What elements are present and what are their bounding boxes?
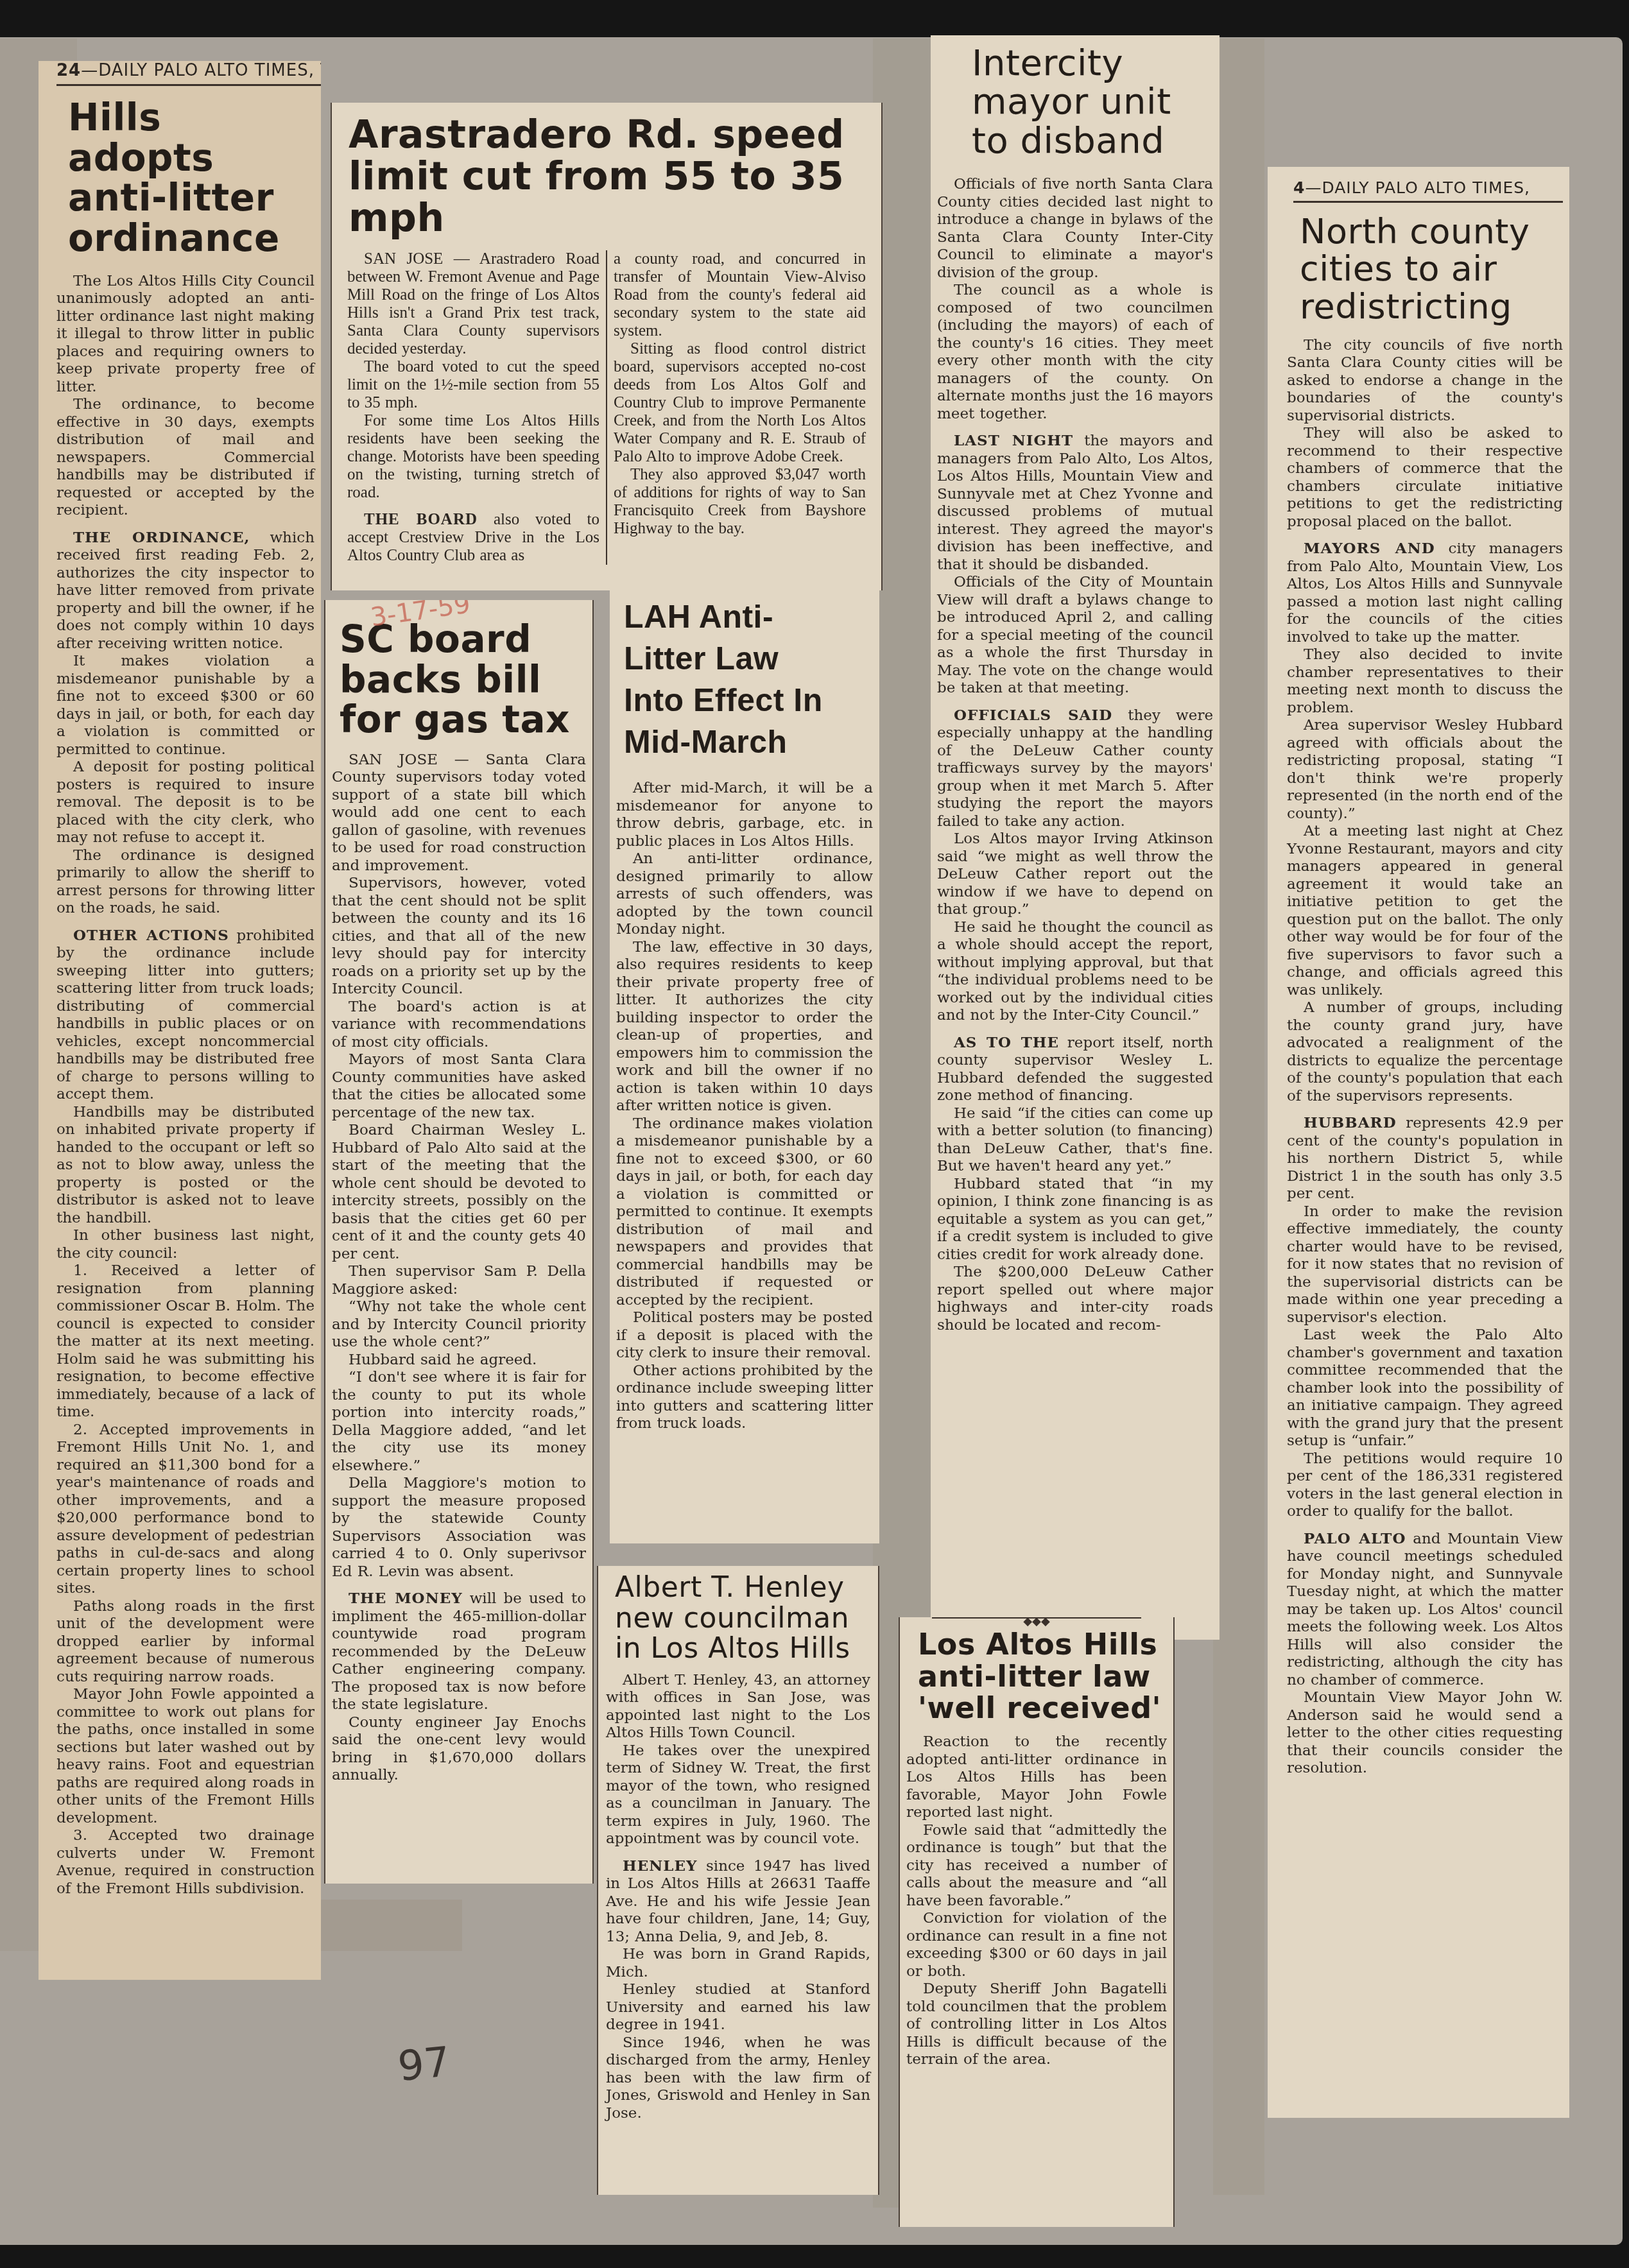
paragraph: THE BOARD also voted to accept Crestview… <box>347 511 599 565</box>
paragraph: For some time Los Altos Hills residents … <box>347 412 599 502</box>
paragraph: After mid-March, it will be a misdemeano… <box>616 780 873 850</box>
paragraph: HENLEY since 1947 has lived in Los Altos… <box>606 1857 870 1946</box>
paragraph: LAST NIGHT the mayors and managers from … <box>937 432 1213 574</box>
article-arastradero: Arastradero Rd. speed limit cut from 55 … <box>331 103 883 590</box>
paragraph-text: 2. Accepted improvements in Fremont Hill… <box>56 1422 315 1597</box>
paragraph: Hubbard stated that “in my opinion, I th… <box>937 1176 1213 1264</box>
page-number: 24 <box>56 61 81 80</box>
paragraph: Henley studied at Stanford University an… <box>606 1981 870 2034</box>
paragraph-lead: HUBBARD <box>1304 1114 1397 1131</box>
paragraph: A deposit for posting political posters … <box>56 759 315 847</box>
paragraph: The ordinance makes violation a misdemea… <box>616 1115 873 1310</box>
paragraph-text: He said “if the cities can come up with … <box>937 1105 1213 1175</box>
paragraph-lead: LAST NIGHT <box>954 432 1073 449</box>
paragraph-lead: HENLEY <box>623 1857 697 1875</box>
paragraph-text: Fowle said that “admittedly the ordinanc… <box>906 1822 1167 1909</box>
paragraph: Officials of the City of Mountain View w… <box>937 574 1213 698</box>
paragraph: Della Maggiore's motion to support the m… <box>332 1475 586 1581</box>
paragraph: The ordinance, to become effective in 30… <box>56 396 315 520</box>
paragraph-text: Deputy Sheriff John Bagatelli told counc… <box>906 1980 1167 2068</box>
paragraph-lead: AS TO THE <box>954 1034 1059 1051</box>
masthead-text: DAILY PALO ALTO TIMES, <box>1322 178 1530 197</box>
paragraph: He said he thought the council as a whol… <box>937 919 1213 1025</box>
paragraph-lead: THE BOARD <box>364 511 478 528</box>
paragraph-text: Supervisors, however, voted that the cen… <box>332 875 586 997</box>
paragraph: OTHER ACTIONS prohibited by the ordinanc… <box>56 927 315 1104</box>
paragraph-text: Mountain View Mayor John W. Anderson sai… <box>1287 1689 1563 1776</box>
paragraph-text: a county road, and concurred in transfer… <box>614 250 866 339</box>
article-columns: SAN JOSE — Arastradero Road between W. F… <box>341 250 872 565</box>
paragraph-text: Since 1946, when he was discharged from … <box>606 2034 870 2122</box>
paragraph-lead: THE MONEY <box>349 1590 463 1607</box>
paragraph-lead: OFFICIALS SAID <box>954 707 1112 724</box>
headline: LAH Anti-Litter Law Into Effect In Mid-M… <box>624 596 836 763</box>
paragraph: Since 1946, when he was discharged from … <box>606 2034 870 2123</box>
article-body: Officials of five north Santa Clara Coun… <box>937 176 1213 1334</box>
paragraph: Fowle said that “admittedly the ordinanc… <box>906 1822 1167 1911</box>
paragraph-text: An anti-litter ordinance, designed prima… <box>616 850 873 938</box>
article-henley: Albert T. Henley new councilman in Los A… <box>597 1566 879 2195</box>
headline: Albert T. Henley new councilman in Los A… <box>615 1572 878 1664</box>
paragraph-text: Los Altos mayor Irving Atkinson said “we… <box>937 830 1213 918</box>
paragraph: Board Chairman Wesley L. Hubbard of Palo… <box>332 1122 586 1263</box>
paragraph-text: Then supervisor Sam P. Della Maggiore as… <box>332 1263 586 1298</box>
column-1: SAN JOSE — Arastradero Road between W. F… <box>341 250 606 565</box>
paragraph: THE ORDINANCE, which received first read… <box>56 529 315 653</box>
paragraph: MAYORS AND city managers from Palo Alto,… <box>1287 540 1563 646</box>
paragraph: The petitions would require 10 per cent … <box>1287 1450 1563 1521</box>
paragraph: Area supervisor Wesley Hubbard agreed wi… <box>1287 717 1563 823</box>
paragraph: Mountain View Mayor John W. Anderson sai… <box>1287 1689 1563 1778</box>
paragraph: THE MONEY will be used to impliment the … <box>332 1590 586 1714</box>
paragraph-text: Paths along roads in the first unit of t… <box>56 1598 315 1685</box>
paragraph-text: Officials of five north Santa Clara Coun… <box>937 176 1213 281</box>
paragraph: a county road, and concurred in transfer… <box>614 250 866 340</box>
paragraph: The law, effective in 30 days, also requ… <box>616 939 873 1115</box>
paragraph-text: In other business last night, the city c… <box>56 1227 315 1262</box>
paragraph-text: SAN JOSE — Santa Clara County supervisor… <box>332 752 586 874</box>
paragraph-text: prohibited by the ordinance include swee… <box>56 927 315 1103</box>
paragraph: PALO ALTO and Mountain View have council… <box>1287 1530 1563 1690</box>
paragraph: Other actions prohibited by the ordinanc… <box>616 1362 873 1433</box>
paragraph: In other business last night, the city c… <box>56 1227 315 1262</box>
article-body: Albert T. Henley, 43, an attorney with o… <box>606 1672 870 2123</box>
paragraph: At a meeting last night at Chez Yvonne R… <box>1287 823 1563 999</box>
article-lah-well-received: ◆◆◆ Los Altos Hills anti-litter law 'wel… <box>899 1617 1175 2227</box>
paragraph: Supervisors, however, voted that the cen… <box>332 875 586 999</box>
paragraph: Last week the Palo Alto chamber's govern… <box>1287 1327 1563 1450</box>
paragraph-text: The city councils of five north Santa Cl… <box>1287 337 1563 424</box>
paragraph-text: The ordinance, to become effective in 30… <box>56 396 315 519</box>
page-number: 4 <box>1293 178 1305 197</box>
paragraph: In order to make the revision effective … <box>1287 1203 1563 1327</box>
paragraph-text: In order to make the revision effective … <box>1287 1203 1563 1326</box>
paragraph-text: Last week the Palo Alto chamber's govern… <box>1287 1327 1563 1449</box>
paragraph-text: The Los Altos Hills City Council unanimo… <box>56 273 315 395</box>
paragraph: OFFICIALS SAID they were especially unha… <box>937 707 1213 831</box>
paragraph-text: “I don't see where it is fair for the co… <box>332 1369 586 1474</box>
paragraph: He was born in Grand Rapids, Mich. <box>606 1946 870 1981</box>
paragraph: 3. Accepted two drainage culverts under … <box>56 1827 315 1898</box>
paragraph-text: The board's action is at variance with r… <box>332 999 586 1051</box>
headline: Los Altos Hills anti-litter law 'well re… <box>918 1629 1162 1724</box>
paragraph: Paths along roads in the first unit of t… <box>56 1598 315 1687</box>
paragraph: An anti-litter ordinance, designed prima… <box>616 850 873 939</box>
paragraph-text: Albert T. Henley, 43, an attorney with o… <box>606 1672 870 1742</box>
paragraph-text: 1. Received a letter of resignation from… <box>56 1262 315 1420</box>
paragraph-text: The petitions would require 10 per cent … <box>1287 1450 1563 1520</box>
paragraph: HUBBARD represents 42.9 per cent of the … <box>1287 1114 1563 1203</box>
paragraph: 1. Received a letter of resignation from… <box>56 1262 315 1422</box>
paragraph-text: Della Maggiore's motion to support the m… <box>332 1475 586 1580</box>
tape-strip <box>321 1900 462 1951</box>
paragraph-text: the mayors and managers from Palo Alto, … <box>937 433 1213 573</box>
paragraph-text: He said he thought the council as a whol… <box>937 919 1213 1024</box>
paragraph: The council as a whole is composed of tw… <box>937 282 1213 423</box>
tape-strip <box>1213 39 1264 2195</box>
paragraph: County engineer Jay Enochs said the one-… <box>332 1714 586 1785</box>
paragraph-text: Area supervisor Wesley Hubbard agreed wi… <box>1287 717 1563 822</box>
paragraph-text: It makes violation a misdemeanor punisha… <box>56 653 315 758</box>
paragraph: Reaction to the recently adopted anti-li… <box>906 1733 1167 1822</box>
paragraph-text: A deposit for posting political posters … <box>56 759 315 846</box>
paragraph-lead: OTHER ACTIONS <box>73 927 229 944</box>
paragraph: It makes violation a misdemeanor punisha… <box>56 653 315 759</box>
paragraph-text: He was born in Grand Rapids, Mich. <box>606 1946 870 1980</box>
paragraph-text: They also decided to invite chamber repr… <box>1287 646 1563 716</box>
paragraph-text: Board Chairman Wesley L. Hubbard of Palo… <box>332 1122 586 1262</box>
paragraph: SAN JOSE — Santa Clara County supervisor… <box>332 752 586 875</box>
article-hills-adopts: 24—DAILY PALO ALTO TIMES, TUESDAY, FEB. … <box>39 61 321 1980</box>
paragraph: Conviction for violation of the ordinanc… <box>906 1910 1167 1980</box>
paragraph: The Los Altos Hills City Council unanimo… <box>56 273 315 397</box>
paragraph-text: they were especially unhappy at the hand… <box>937 707 1213 830</box>
paragraph: A number of groups, including the county… <box>1287 999 1563 1105</box>
paragraph-text: They will also be asked to recommend to … <box>1287 425 1563 530</box>
paragraph-text: Sitting as flood control district board,… <box>614 340 866 465</box>
masthead: 24—DAILY PALO ALTO TIMES, TUESDAY, FEB. … <box>56 61 321 86</box>
paragraph: Mayors of most Santa Clara County commun… <box>332 1051 586 1122</box>
paragraph-text: Mayor John Fowle appointed a committee t… <box>56 1686 315 1826</box>
paragraph-text: He takes over the unexpired term of Sidn… <box>606 1742 870 1848</box>
paragraph-lead: MAYORS AND <box>1304 540 1435 557</box>
paragraph-text: They also approved $3,047 worth of addit… <box>614 466 866 537</box>
paragraph-text: After mid-March, it will be a misdemeano… <box>616 780 873 850</box>
paragraph: He takes over the unexpired term of Sidn… <box>606 1742 870 1848</box>
masthead: 4—DAILY PALO ALTO TIMES, <box>1293 178 1563 203</box>
paragraph-text: Reaction to the recently adopted anti-li… <box>906 1733 1167 1821</box>
paragraph: AS TO THE report itself, north county su… <box>937 1034 1213 1105</box>
paragraph-text: The ordinance makes violation a misdemea… <box>616 1115 873 1309</box>
paragraph: They also approved $3,047 worth of addit… <box>614 466 866 538</box>
paragraph-text: Other actions prohibited by the ordinanc… <box>616 1362 873 1432</box>
paragraph-lead: THE ORDINANCE, <box>73 529 250 546</box>
paragraph-text: The ordinance is designed primarily to a… <box>56 847 315 917</box>
paragraph: SAN JOSE — Arastradero Road between W. F… <box>347 250 599 358</box>
headline: North county cities to air redistricting <box>1300 213 1556 325</box>
paragraph: Then supervisor Sam P. Della Maggiore as… <box>332 1263 586 1298</box>
paragraph-text: County engineer Jay Enochs said the one-… <box>332 1714 586 1784</box>
paragraph: The board's action is at variance with r… <box>332 999 586 1052</box>
paragraph: Officials of five north Santa Clara Coun… <box>937 176 1213 282</box>
paragraph-lead: PALO ALTO <box>1304 1530 1406 1547</box>
paragraph: The ordinance is designed primarily to a… <box>56 847 315 918</box>
paragraph-text: 3. Accepted two drainage culverts under … <box>56 1827 315 1897</box>
paragraph-text: Conviction for violation of the ordinanc… <box>906 1910 1167 1980</box>
paragraph-text: The board voted to cut the speed limit o… <box>347 358 599 411</box>
paragraph: Political posters may be posted if a dep… <box>616 1309 873 1362</box>
headline: Intercity mayor unit to disband <box>972 44 1177 160</box>
paragraph: The $200,000 DeLeuw Cather report spelle… <box>937 1264 1213 1334</box>
paragraph-text: A number of groups, including the county… <box>1287 999 1563 1104</box>
paragraph: Los Altos mayor Irving Atkinson said “we… <box>937 830 1213 919</box>
paragraph-text: and Mountain View have council meetings … <box>1287 1531 1563 1688</box>
article-body: The city councils of five north Santa Cl… <box>1287 337 1563 1778</box>
column-2: a county road, and concurred in transfer… <box>606 250 872 565</box>
article-body: After mid-March, it will be a misdemeano… <box>616 780 873 1433</box>
paragraph: 2. Accepted improvements in Fremont Hill… <box>56 1422 315 1598</box>
paragraph: Deputy Sheriff John Bagatelli told counc… <box>906 1980 1167 2069</box>
ornament-rule: ◆◆◆ <box>932 1617 1141 1625</box>
paragraph-text: Hubbard said he agreed. <box>349 1352 537 1368</box>
handwritten-page-number: 97 <box>395 2038 452 2091</box>
article-body: The Los Altos Hills City Council unanimo… <box>56 273 315 1898</box>
paragraph-text: Mayors of most Santa Clara County commun… <box>332 1051 586 1121</box>
article-body: Reaction to the recently adopted anti-li… <box>906 1733 1167 2069</box>
paragraph-text: Handbills may be distributed on inhabite… <box>56 1104 315 1226</box>
article-north-county: 4—DAILY PALO ALTO TIMES, North county ci… <box>1268 167 1569 2118</box>
paragraph: He said “if the cities can come up with … <box>937 1105 1213 1176</box>
paragraph: Mayor John Fowle appointed a committee t… <box>56 1686 315 1827</box>
article-body: SAN JOSE — Santa Clara County supervisor… <box>332 752 586 1785</box>
paragraph-text: “Why not take the whole cent and by Inte… <box>332 1298 586 1350</box>
paragraph-text: The $200,000 DeLeuw Cather report spelle… <box>937 1264 1213 1334</box>
paragraph-text: The council as a whole is composed of tw… <box>937 282 1213 422</box>
paragraph-text: will be used to impliment the 465-millio… <box>332 1590 586 1713</box>
article-lah-anti-litter: LAH Anti-Litter Law Into Effect In Mid-M… <box>610 587 879 1543</box>
paragraph-text: Political posters may be posted if a dep… <box>616 1309 873 1361</box>
paragraph-text: Officials of the City of Mountain View w… <box>937 574 1213 696</box>
paragraph: “I don't see where it is fair for the co… <box>332 1369 586 1475</box>
paragraph-text: which received first reading Feb. 2, aut… <box>56 529 315 652</box>
paragraph: “Why not take the whole cent and by Inte… <box>332 1298 586 1352</box>
paragraph-text: Henley studied at Stanford University an… <box>606 1981 870 2033</box>
paragraph: The board voted to cut the speed limit o… <box>347 358 599 412</box>
paragraph-text: The law, effective in 30 days, also requ… <box>616 939 873 1115</box>
paragraph: The city councils of five north Santa Cl… <box>1287 337 1563 425</box>
paragraph: Albert T. Henley, 43, an attorney with o… <box>606 1672 870 1742</box>
paragraph: Sitting as flood control district board,… <box>614 340 866 466</box>
paragraph-text: SAN JOSE — Arastradero Road between W. F… <box>347 250 599 357</box>
paragraph-text: Hubbard stated that “in my opinion, I th… <box>937 1176 1213 1263</box>
masthead-text: DAILY PALO ALTO TIMES, TUESDAY, FEB. 17,… <box>98 61 321 80</box>
headline: SC board backs bill for gas tax <box>340 619 583 740</box>
paragraph-text: For some time Los Altos Hills residents … <box>347 412 599 501</box>
article-sc-board: 3-17-59 SC board backs bill for gas tax … <box>324 600 594 1884</box>
paragraph: Hubbard said he agreed. <box>332 1352 586 1370</box>
article-intercity: Intercity mayor unit to disband Official… <box>931 35 1220 1640</box>
paragraph-text: At a meeting last night at Chez Yvonne R… <box>1287 823 1563 999</box>
paragraph: They will also be asked to recommend to … <box>1287 425 1563 531</box>
headline: Arastradero Rd. speed limit cut from 55 … <box>349 114 883 239</box>
headline: Hills adopts anti-litter ordinance <box>68 98 306 259</box>
paragraph: They also decided to invite chamber repr… <box>1287 646 1563 717</box>
paragraph: Handbills may be distributed on inhabite… <box>56 1104 315 1228</box>
